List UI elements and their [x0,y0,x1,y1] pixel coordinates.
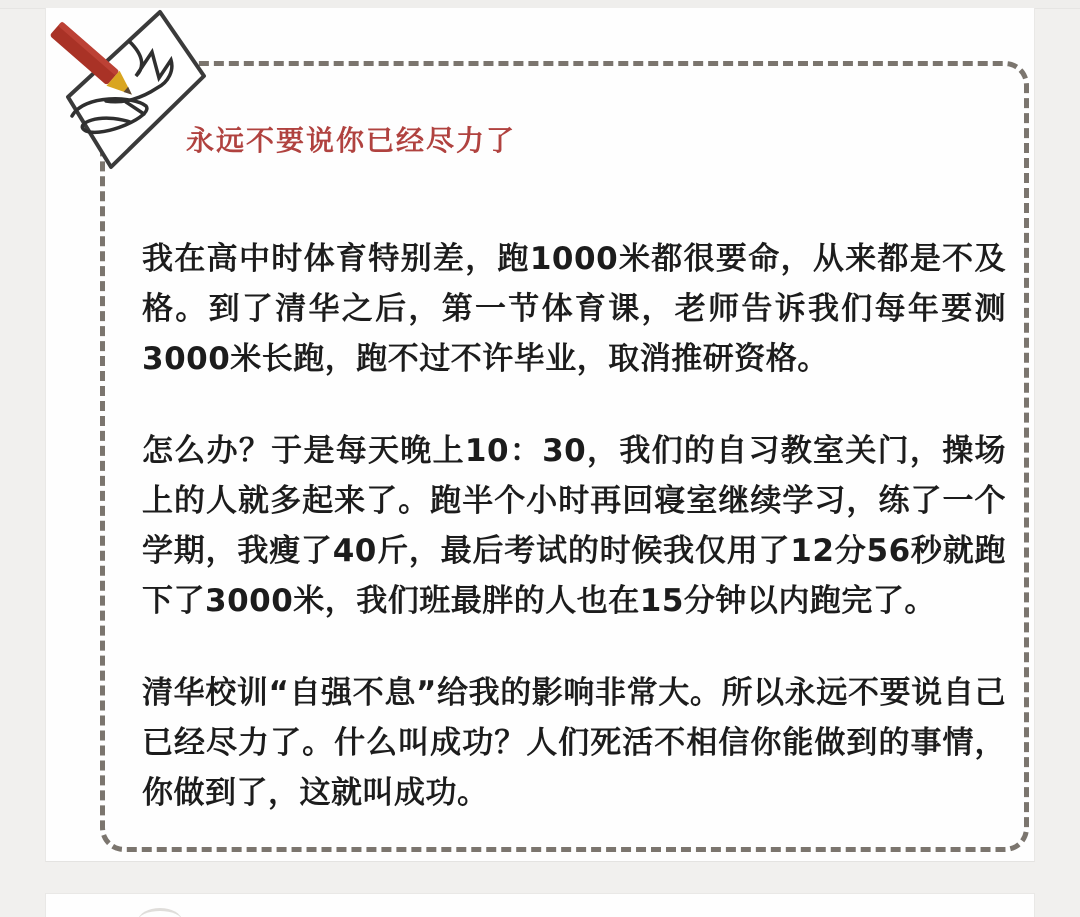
paragraph-2: 怎么办？于是每天晚上10：30，我们的自习教室关门，操场上的人就多起来了。跑半个… [142,426,1006,626]
next-doodle-icon-fragment [138,908,182,917]
pencil-body [49,21,119,85]
article-card: 永远不要说你已经尽力了 我在高中时体育特别差，跑1000米都很要命，从来都是不及… [45,8,1035,862]
next-article-card [45,893,1035,917]
article-page: 永远不要说你已经尽力了 我在高中时体育特别差，跑1000米都很要命，从来都是不及… [0,0,1080,917]
pencil-writing-icon [38,4,223,189]
article-title: 永远不要说你已经尽力了 [186,124,516,158]
paragraph-1: 我在高中时体育特别差，跑1000米都很要命，从来都是不及格。到了清华之后，第一节… [142,234,1006,384]
paragraph-3: 清华校训“自强不息”给我的影响非常大。所以永远不要说自己已经尽力了。什么叫成功？… [142,668,1006,818]
article-body: 我在高中时体育特别差，跑1000米都很要命，从来都是不及格。到了清华之后，第一节… [142,234,1006,818]
paper-shape [68,12,204,167]
